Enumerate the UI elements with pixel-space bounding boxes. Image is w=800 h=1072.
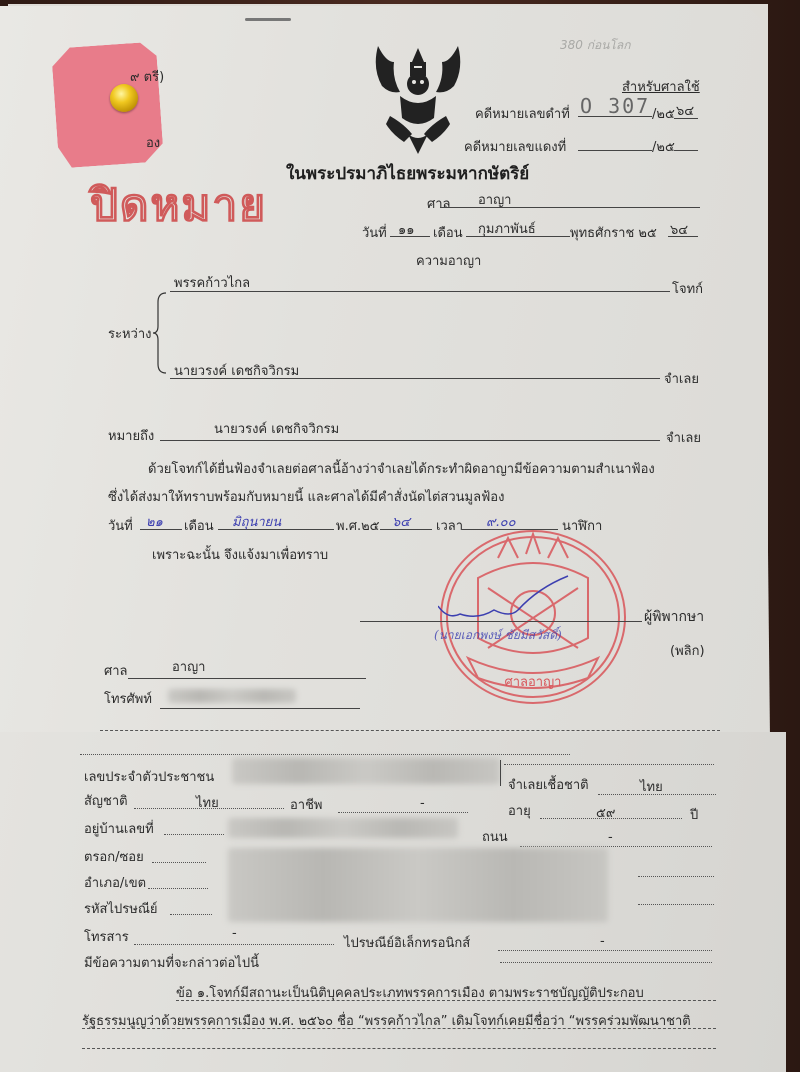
judge-name: (นายเอกพงษ์ ชัยมีสวัสดิ์): [434, 626, 562, 645]
occupation-value: -: [420, 796, 425, 811]
age-value: ๕๙: [596, 802, 615, 823]
id-redacted: [232, 758, 500, 784]
between-label: ระหว่าง: [108, 323, 151, 344]
ethnicity-value: ไทย: [640, 776, 663, 797]
summons-to-label: หมายถึง: [108, 425, 154, 446]
intro-line: มีข้อความตามที่จะกล่าวต่อไปนี้: [84, 952, 259, 973]
defendant-line: [170, 378, 660, 379]
year-label: พุทธศักราช ๒๕: [570, 222, 657, 243]
road-label: ถนน: [482, 826, 508, 847]
phone-redacted: [168, 689, 296, 703]
dotted-line: [638, 876, 714, 877]
postal-label: รหัสไปรษณีย์: [84, 898, 158, 919]
summons-to-name: นายวรงค์ เดชกิจวิกรม: [214, 418, 339, 439]
dotted-line: [148, 888, 208, 889]
red-case-year-line: [674, 150, 698, 151]
house-no-redacted: [228, 818, 458, 838]
month-label: เดือน: [433, 222, 463, 243]
fax-label: โทรสาร: [84, 926, 129, 947]
court-value: อาญา: [478, 189, 511, 210]
black-case-year-line: [674, 118, 698, 119]
red-case-line: [578, 150, 652, 151]
date-day: ๑๑: [398, 219, 415, 240]
column-divider: [500, 760, 501, 786]
dashed-line: [176, 1000, 716, 1001]
divider-line: [100, 730, 720, 731]
dotted-line: [520, 846, 712, 847]
fax-value: -: [232, 926, 237, 941]
email-label: ไปรษณีย์อิเล็กทรอนิกส์: [344, 932, 470, 953]
court-seal-icon: ศาลอาญา: [438, 528, 628, 706]
date-label: วันที่: [362, 222, 387, 243]
dotted-line: [152, 862, 206, 863]
turn-over-note: (พลิก): [670, 640, 705, 661]
dotted-line: [170, 914, 212, 915]
email-value: -: [600, 934, 605, 949]
dotted-line: [638, 904, 714, 905]
hearing-month-label: เดือน: [184, 515, 214, 536]
tag-partial-text: ๙ ตรี): [130, 66, 164, 87]
nationality-value: ไทย: [196, 792, 219, 813]
garuda-emblem-icon: [368, 38, 468, 156]
phone-label: โทรศัพท์: [104, 688, 152, 709]
footer-court-line: [128, 678, 366, 679]
age-unit: ปี: [690, 804, 698, 825]
address-redacted: [228, 848, 608, 922]
house-no-label: อยู่บ้านเลขที่: [84, 818, 154, 839]
dotted-line: [504, 764, 714, 765]
hearing-month: มิถุนายน: [232, 511, 281, 532]
dotted-line: [498, 950, 712, 951]
phone-line: [160, 708, 360, 709]
case-type: ความอาญา: [416, 250, 481, 271]
court-label: ศาล: [427, 193, 451, 214]
hearing-year: ๖๔: [392, 511, 410, 532]
year-value: ๖๔: [670, 219, 688, 240]
body-line-1: ด้วยโจทก์ได้ยื่นฟ้องจำเลยต่อศาลนี้อ้างว่…: [148, 458, 655, 479]
judge-label: ผู้พิพากษา: [644, 606, 704, 628]
red-case-year-prefix: /๒๕: [652, 136, 675, 157]
hearing-day-label: วันที่: [108, 515, 133, 536]
plaintiff-line: [170, 291, 670, 292]
occupation-label: อาชีพ: [290, 794, 323, 815]
dashed-line: [82, 1048, 716, 1049]
body-line-2: ซึ่งได้ส่งมาให้ทราบพร้อมกับหมายนี้ และศา…: [108, 486, 504, 507]
footer-court-value: อาญา: [172, 656, 205, 677]
dotted-line: [80, 754, 570, 755]
pencil-note: 380 ก่อนโลก: [560, 36, 630, 55]
black-case-number: O 307: [580, 94, 650, 118]
plaintiff-label: โจทก์: [672, 278, 703, 299]
red-case-label: คดีหมายเลขแดงที่: [464, 136, 566, 157]
summons-to-role: จำเลย: [666, 427, 701, 448]
hearing-year-label: พ.ศ.๒๕: [336, 515, 380, 536]
dotted-line: [164, 834, 224, 835]
stamp-title: ปิดหมาย: [90, 170, 267, 240]
dotted-line: [500, 962, 712, 963]
age-label: อายุ: [508, 800, 531, 821]
staple: [245, 18, 291, 21]
district-label: อำเภอ/เขต: [84, 872, 146, 893]
plaintiff-name: พรรคก้าวไกล: [174, 272, 250, 293]
judge-signature-line: [360, 621, 642, 622]
alley-label: ตรอก/ซอย: [84, 846, 144, 867]
hearing-day: ๒๑: [146, 511, 163, 532]
ethnicity-label: จำเลยเชื้อชาติ: [508, 774, 589, 795]
black-case-label: คดีหมายเลขดำที่: [475, 103, 570, 124]
tag-partial-text: อง: [146, 132, 160, 153]
road-value: -: [608, 830, 613, 845]
notice-line: เพราะฉะนั้น จึงแจ้งมาเพื่อทราบ: [152, 544, 328, 565]
dotted-line: [134, 944, 334, 945]
id-label: เลขประจำตัวประชาชน: [84, 766, 214, 787]
nationality-label: สัญชาติ: [84, 790, 128, 811]
svg-text:ศาลอาญา: ศาลอาญา: [504, 675, 561, 690]
summons-to-line: [160, 440, 660, 441]
dotted-line: [338, 812, 468, 813]
dashed-line: [82, 1028, 716, 1029]
brace-icon: [152, 292, 168, 374]
gold-rivet: [110, 84, 138, 112]
defendant-label: จำเลย: [664, 368, 699, 389]
royal-heading: ในพระปรมาภิไธยพระมหากษัตริย์: [286, 160, 529, 187]
month-value: กุมภาพันธ์: [478, 218, 536, 239]
footer-court-label: ศาล: [104, 660, 128, 681]
black-case-year-prefix: /๒๕: [652, 103, 675, 124]
